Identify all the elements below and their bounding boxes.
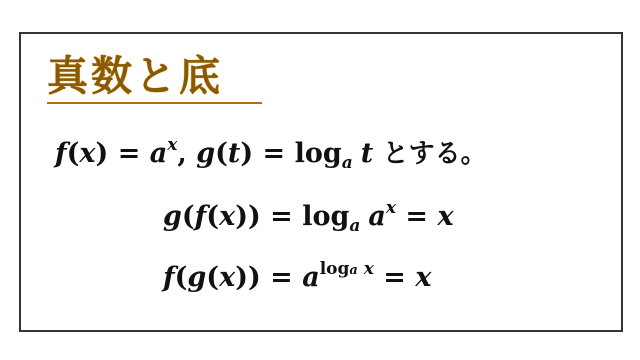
token-t: t xyxy=(228,138,240,169)
token-lparen: ( xyxy=(175,262,188,293)
exponent-log: loga x xyxy=(320,259,374,279)
token-base-a: a xyxy=(349,216,360,236)
token-lparen: ( xyxy=(215,138,228,169)
definition-suffix: とする。 xyxy=(383,139,487,169)
token-lparen: ( xyxy=(206,201,219,232)
identity-rhs: x xyxy=(437,201,453,232)
token-base-a: a xyxy=(349,263,357,278)
token-rparen: ) xyxy=(248,201,261,232)
token-x: x xyxy=(219,201,235,232)
token-log: log xyxy=(295,138,342,169)
token-t: t xyxy=(361,138,373,169)
token-x: x xyxy=(219,262,235,293)
token-f: f xyxy=(195,201,207,232)
token-g: g xyxy=(163,201,182,232)
token-x: x xyxy=(364,259,374,279)
token-rparen: ) xyxy=(248,262,261,293)
identity-g-of-f: g(f(x)) = logaax = x xyxy=(163,200,454,234)
token-f: f xyxy=(55,138,67,169)
token-a: a xyxy=(368,201,386,232)
token-equals: = xyxy=(270,201,293,232)
token-a: a xyxy=(150,138,168,169)
token-x: x xyxy=(79,138,95,169)
identity-f-of-g: f(g(x)) = aloga x = x xyxy=(163,261,431,295)
token-rparen: ) xyxy=(96,138,109,169)
token-exp-x: x xyxy=(167,135,177,155)
token-a: a xyxy=(302,262,320,293)
token-f: f xyxy=(163,262,175,293)
token-g: g xyxy=(187,262,206,293)
definition-line: f(x) = ax, g(t) = logat とする。 xyxy=(55,137,487,171)
token-comma: , xyxy=(177,138,186,169)
slide-title: 真数と底 xyxy=(47,52,223,100)
token-equals: = xyxy=(270,262,293,293)
token-equals: = xyxy=(405,201,428,232)
token-lparen: ( xyxy=(67,138,80,169)
token-rparen: ) xyxy=(240,138,253,169)
token-lparen: ( xyxy=(182,201,195,232)
token-equals: = xyxy=(383,262,406,293)
token-equals: = xyxy=(118,138,141,169)
token-log: log xyxy=(302,201,349,232)
identity-rhs: x xyxy=(415,262,431,293)
token-lparen: ( xyxy=(206,262,219,293)
token-base-a: a xyxy=(342,153,353,173)
token-log: log xyxy=(320,259,350,279)
token-rparen: ) xyxy=(235,262,248,293)
token-equals: = xyxy=(263,138,286,169)
token-g: g xyxy=(196,138,215,169)
title-underline xyxy=(47,102,262,104)
token-exp-x: x xyxy=(386,198,396,218)
token-rparen: ) xyxy=(235,201,248,232)
